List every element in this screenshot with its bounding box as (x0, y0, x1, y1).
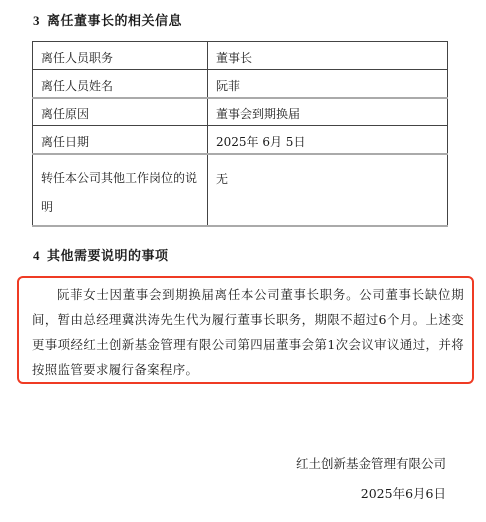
section-title: 离任董事长的相关信息 (47, 14, 182, 29)
row-label: 离任人员姓名 (33, 70, 208, 98)
row-label: 转任本公司其他工作岗位的说明 (33, 154, 208, 226)
row-value: 阮菲 (208, 70, 448, 98)
signoff-date: 2025年6月6日 (361, 484, 446, 502)
row-label: 离任日期 (33, 126, 208, 154)
table-row: 离任日期 2025年 6月 5日 (33, 126, 448, 154)
row-label: 离任原因 (33, 98, 208, 126)
row-value: 2025年 6月 5日 (208, 126, 448, 154)
table-row: 离任原因 董事会到期换届 (33, 98, 448, 126)
section-3-heading: 3离任董事长的相关信息 (33, 10, 182, 29)
section-number: 4 (33, 248, 40, 263)
table-row: 转任本公司其他工作岗位的说明 无 (33, 154, 448, 226)
highlighted-note-box: 阮菲女士因董事会到期换届离任本公司董事长职务。公司董事长缺位期间，暂由总经理冀洪… (17, 276, 474, 384)
departure-info-table: 离任人员职务 董事长 离任人员姓名 阮菲 离任原因 董事会到期换届 离任日期 2… (32, 41, 448, 227)
row-label: 离任人员职务 (33, 42, 208, 70)
row-value: 董事会到期换届 (208, 98, 448, 126)
table-row: 离任人员姓名 阮菲 (33, 70, 448, 98)
section-title: 其他需要说明的事项 (47, 249, 169, 264)
note-paragraph: 阮菲女士因董事会到期换届离任本公司董事长职务。公司董事长缺位期间，暂由总经理冀洪… (32, 282, 464, 382)
section-4-heading: 4其他需要说明的事项 (33, 245, 169, 264)
table-row: 离任人员职务 董事长 (33, 42, 448, 70)
section-number: 3 (33, 13, 40, 28)
row-value: 无 (208, 154, 448, 226)
signoff-company: 红土创新基金管理有限公司 (296, 454, 446, 472)
row-value: 董事长 (208, 42, 448, 70)
